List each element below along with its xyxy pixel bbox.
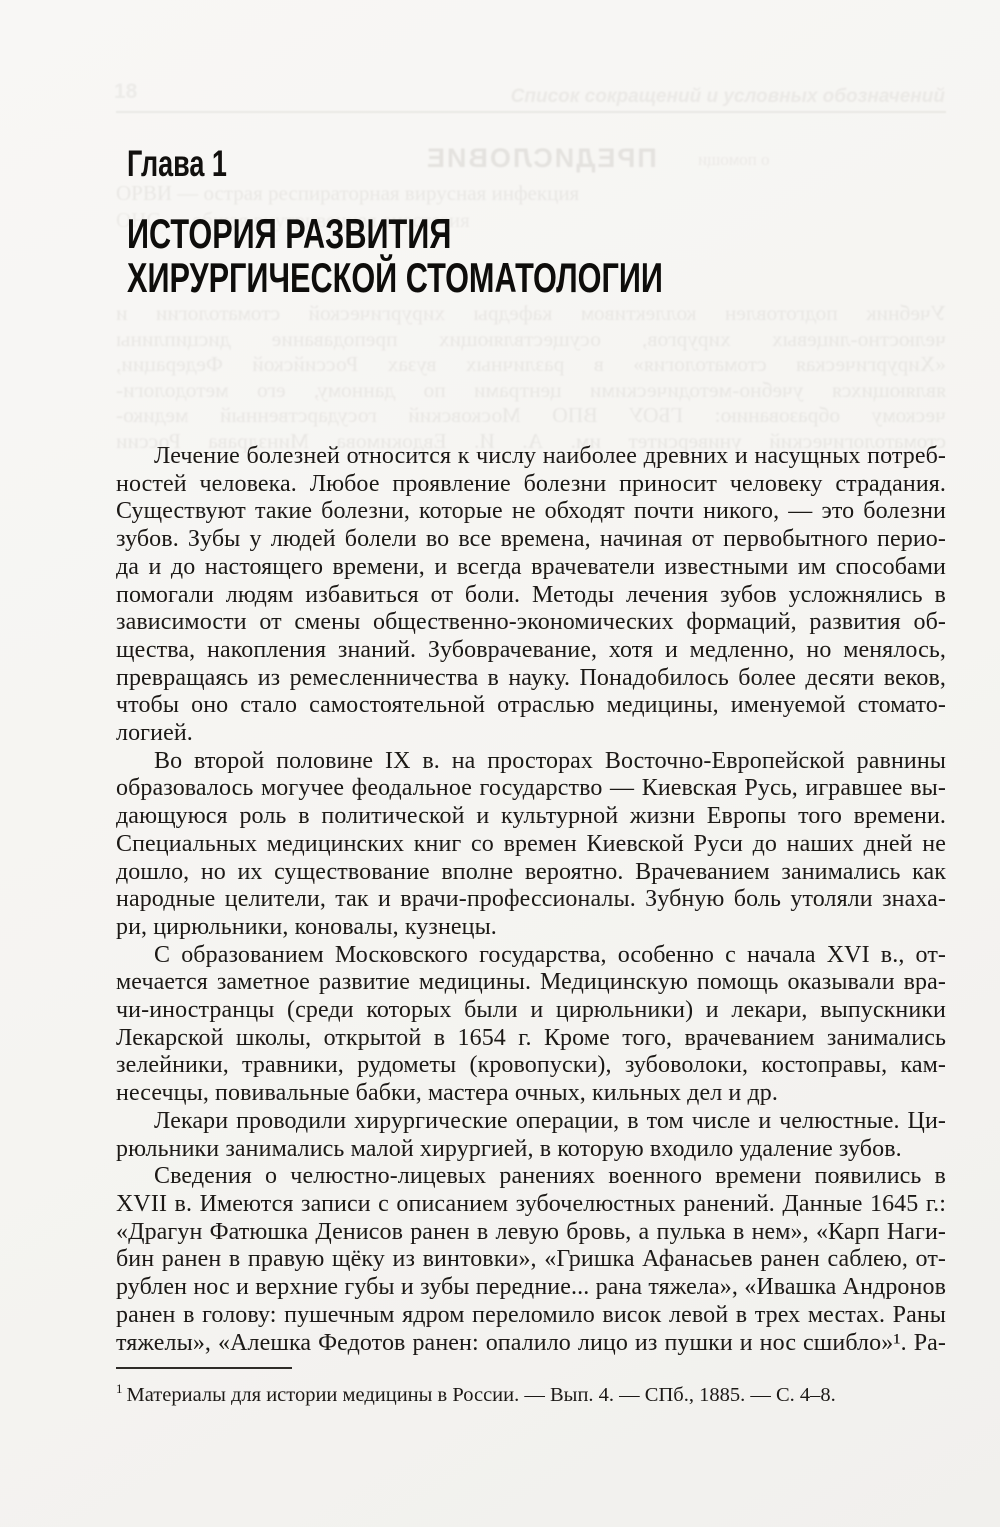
ghost-page-number: 18 [114,80,137,104]
body-line: мечается заметное развитие медицины. Мед… [116,969,946,997]
body-line: чтобы оно стало самостоятельной отраслью… [116,692,946,720]
footnote: 1Материалы для истории медицины в России… [116,1377,946,1407]
body-line: зависимости от смены общественно-экономи… [116,609,946,637]
body-line: ранен в голову: пушечным ядром переломил… [116,1302,946,1330]
body-line: несечцы, повивальные бабки, мастера очны… [116,1080,946,1108]
body-paragraph: Лечение болезней относится к числу наибо… [116,443,946,748]
ghost-paragraph-line: челюстно-лицевых хирургов, осуществляющи… [116,327,946,353]
body-line: образовалось могучее феодальное государс… [116,775,946,803]
footnote-marker: 1 [116,1381,123,1396]
chapter-label: Глава 1 [127,144,227,184]
ghost-abbrev-line: ОРВИ — острая респираторная вирусная инф… [116,181,736,206]
body-line: Существуют такие болезни, которые не обх… [116,498,946,526]
body-line: ностей человека. Любое проявление болезн… [116,471,946,499]
body-line: Лечение болезней относится к числу наибо… [116,443,946,471]
body-line: Лекари проводили хирургические операции,… [116,1108,946,1136]
chapter-title-line-1: ИСТОРИЯ РАЗВИТИЯ [127,210,451,257]
chapter-title: ИСТОРИЯ РАЗВИТИЯХИРУРГИЧЕСКОЙ СТОМАТОЛОГ… [127,212,663,300]
body-line: зелейники, травники, рудометы (кровопуск… [116,1052,946,1080]
body-line: Во второй половине IX в. на просторах Во… [116,748,946,776]
body-line: «Драгун Фатюшка Денисов ранен в левую бр… [116,1219,946,1247]
body-line: помогали людям избавиться от боли. Метод… [116,582,946,610]
body-line: чи-иностранцы (среди которых были и цирю… [116,997,946,1025]
ghost-paragraph: Учебник подготовлен коллективом кафедры … [116,301,946,454]
chapter-title-line-2: ХИРУРГИЧЕСКОЙ СТОМАТОЛОГИИ [127,254,663,301]
ghost-text-fragment: о помощи [698,150,769,170]
body-paragraph: С образованием Московского государства, … [116,942,946,1108]
body-line: XVII в. Имеются записи с описанием зубоч… [116,1191,946,1219]
ghost-paragraph-line: ческому образованию: ГБОУ ВПО Московский… [116,403,946,429]
body-line: тяжелы», «Алешка Федотов ранен: опалило … [116,1330,946,1358]
ghost-paragraph-line: «Хирургическая стоматология» в различных… [116,352,946,378]
body-line: превращаясь из ремесленничества в науку.… [116,665,946,693]
body-line: С образованием Московского государства, … [116,942,946,970]
body-line: народные целители, так и врачи-профессио… [116,886,946,914]
ghost-preface-title: ПРЕДИСЛОВИЕ [425,143,657,174]
footnote-text: Материалы для истории медицины в России.… [127,1384,836,1406]
body-line: рублен нос и верхние губы и зубы передни… [116,1274,946,1302]
body-paragraph: Лекари проводили хирургические операции,… [116,1108,946,1163]
body-line: рюльники занимались малой хирургией, в к… [116,1136,946,1164]
body-line: зубов. Зубы у людей болели во все времен… [116,526,946,554]
ghost-header-rule [116,111,946,113]
ghost-running-head: Список сокращений и условных обозначений [430,86,945,108]
body-paragraph: Сведения о челюстно-лицевых ранениях вое… [116,1163,946,1357]
body-line: щества, накопления знаний. Зубоврачевани… [116,637,946,665]
ghost-paragraph-line: Учебник подготовлен коллективом кафедры … [116,301,946,327]
body-line: да и до настоящего времени, и всегда вра… [116,554,946,582]
body-line: Сведения о челюстно-лицевых ранениях вое… [116,1163,946,1191]
body-line: ри, цирюльники, коновалы, кузнецы. [116,914,946,942]
body-line: логией. [116,720,946,748]
body-line: Специальных медицинских книг со времен К… [116,831,946,859]
body-line: дающуюся роль в политической и культурно… [116,803,946,831]
book-page-scan: 18 Список сокращений и условных обозначе… [0,0,1000,1527]
body-line: бин ранен в правую щёку из винтовки», «Г… [116,1246,946,1274]
body-line: Лекарской школы, открытой в 1654 г. Кром… [116,1025,946,1053]
body-line: дошло, но их существование вполне вероят… [116,859,946,887]
ghost-paragraph-line: являющихся учебно-методическими центрами… [116,378,946,404]
footnote-rule [116,1367,292,1369]
body-paragraph: Во второй половине IX в. на просторах Во… [116,748,946,942]
body-text: Лечение болезней относится к числу наибо… [116,443,946,1357]
